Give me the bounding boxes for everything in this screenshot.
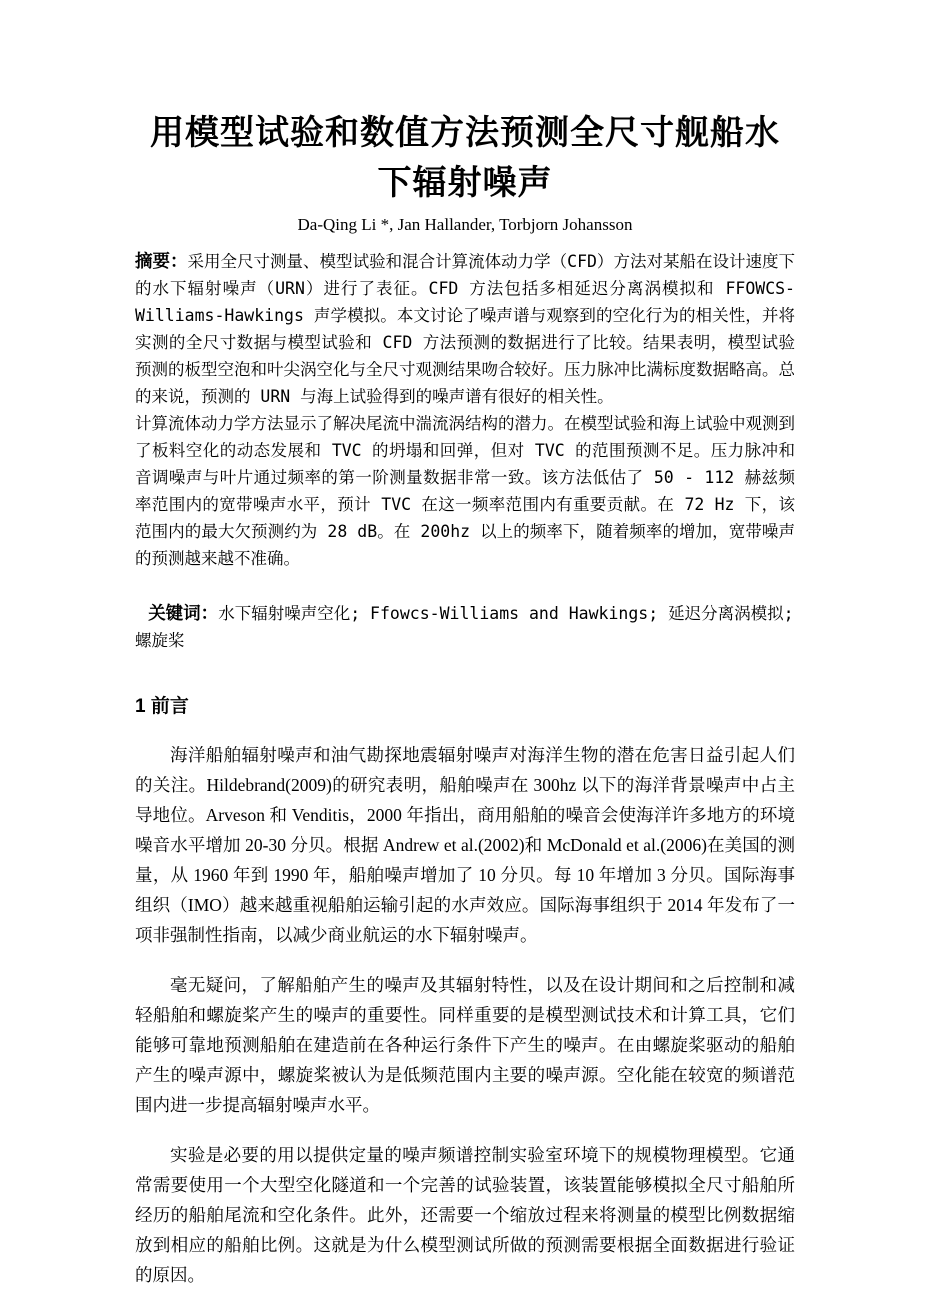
abstract-label: 摘要： [135,251,188,271]
abstract-text-1: 采用全尺寸测量、模型试验和混合计算流体动力学（CFD）方法对某船在设计速度下的水… [135,252,795,406]
abstract-paragraph-2: 计算流体动力学方法显示了解决尾流中湍流涡结构的潜力。在模型试验和海上试验中观测到… [135,410,795,572]
section-1-heading: 1 前言 [135,694,795,720]
section-1-paragraph-1: 海洋船舶辐射噪声和油气勘探地震辐射噪声对海洋生物的潜在危害日益引起人们的关注。H… [135,740,795,950]
section-1-paragraph-2: 毫无疑问，了解船舶产生的噪声及其辐射特性，以及在设计期间和之后控制和减轻船舶和螺… [135,970,795,1120]
paper-title-line-2: 下辐射噪声 [135,158,795,208]
authors-line: Da-Qing Li *, Jan Hallander, Torbjorn Jo… [135,214,795,236]
keywords-line: 关键词：水下辐射噪声空化; Ffowcs-Williams and Hawkin… [135,600,795,654]
document-page: 用模型试验和数值方法预测全尺寸舰船水 下辐射噪声 Da-Qing Li *, J… [0,0,926,1309]
keywords-text: 水下辐射噪声空化; Ffowcs-Williams and Hawkings; … [135,604,794,650]
section-1-paragraph-3: 实验是必要的用以提供定量的噪声频谱控制实验室环境下的规模物理模型。它通常需要使用… [135,1140,795,1290]
paper-title: 用模型试验和数值方法预测全尺寸舰船水 下辐射噪声 [135,108,795,208]
paper-title-line-1: 用模型试验和数值方法预测全尺寸舰船水 [135,108,795,158]
keywords-label: 关键词： [148,603,218,623]
abstract-paragraph-1: 摘要：采用全尺寸测量、模型试验和混合计算流体动力学（CFD）方法对某船在设计速度… [135,248,795,410]
